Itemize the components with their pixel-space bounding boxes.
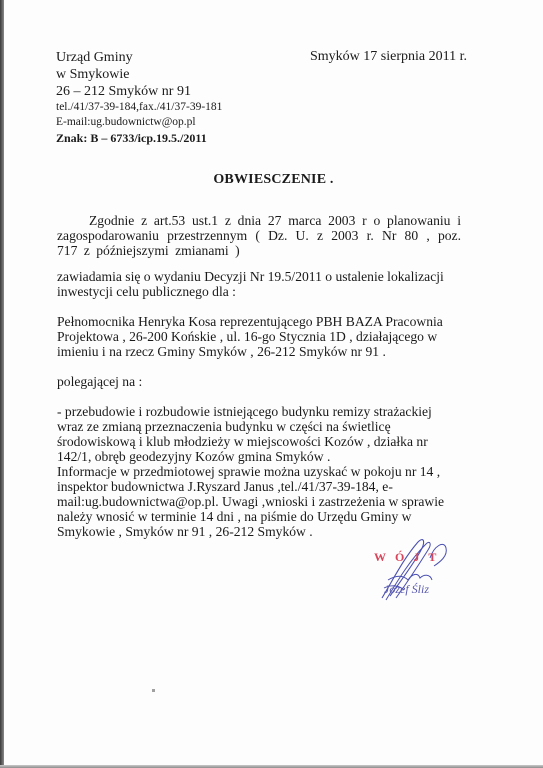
sender-email: E-mail:ug.budownictw@op.pl [56,115,222,130]
document-title: OBWIESCZENIE . [4,172,543,188]
document-page: Urząd Gminy w Smykowie 26 – 212 Smyków n… [4,0,543,765]
sender-locality: w Smykowie [56,66,222,83]
paragraph-scope: - przebudowie i rozbudowie istniejącego … [57,404,461,464]
sender-address: 26 – 212 Smyków nr 91 [56,83,222,100]
paragraph-legal-basis: Zgodnie z art.53 ust.1 z dnia 27 marca 2… [57,213,461,258]
sender-phone-fax: tel./41/37-39-184,fax./41/37-39-181 [56,100,222,115]
signature-block: WÓJT Józef Śliz [374,528,484,618]
reference-number: Znak: B – 6733/icp.19.5./2011 [56,131,207,146]
document-date: Smyków 17 sierpnia 2011 r. [310,49,467,65]
stamp-title: WÓJT [374,550,445,565]
sender-office: Urząd Gminy [56,49,222,66]
stamp-name: Józef Śliz [384,582,429,597]
paragraph-applicant: Pełnomocnika Henryka Kosa reprezentujące… [57,314,461,359]
handwritten-signature-icon [374,528,484,618]
scan-speck [152,689,155,692]
sender-block: Urząd Gminy w Smykowie 26 – 212 Smyków n… [56,49,222,130]
paragraph-notice: zawiadamia się o wydaniu Decyzji Nr 19.5… [57,269,461,299]
paragraph-consisting-of: polegającej na : [57,374,461,389]
